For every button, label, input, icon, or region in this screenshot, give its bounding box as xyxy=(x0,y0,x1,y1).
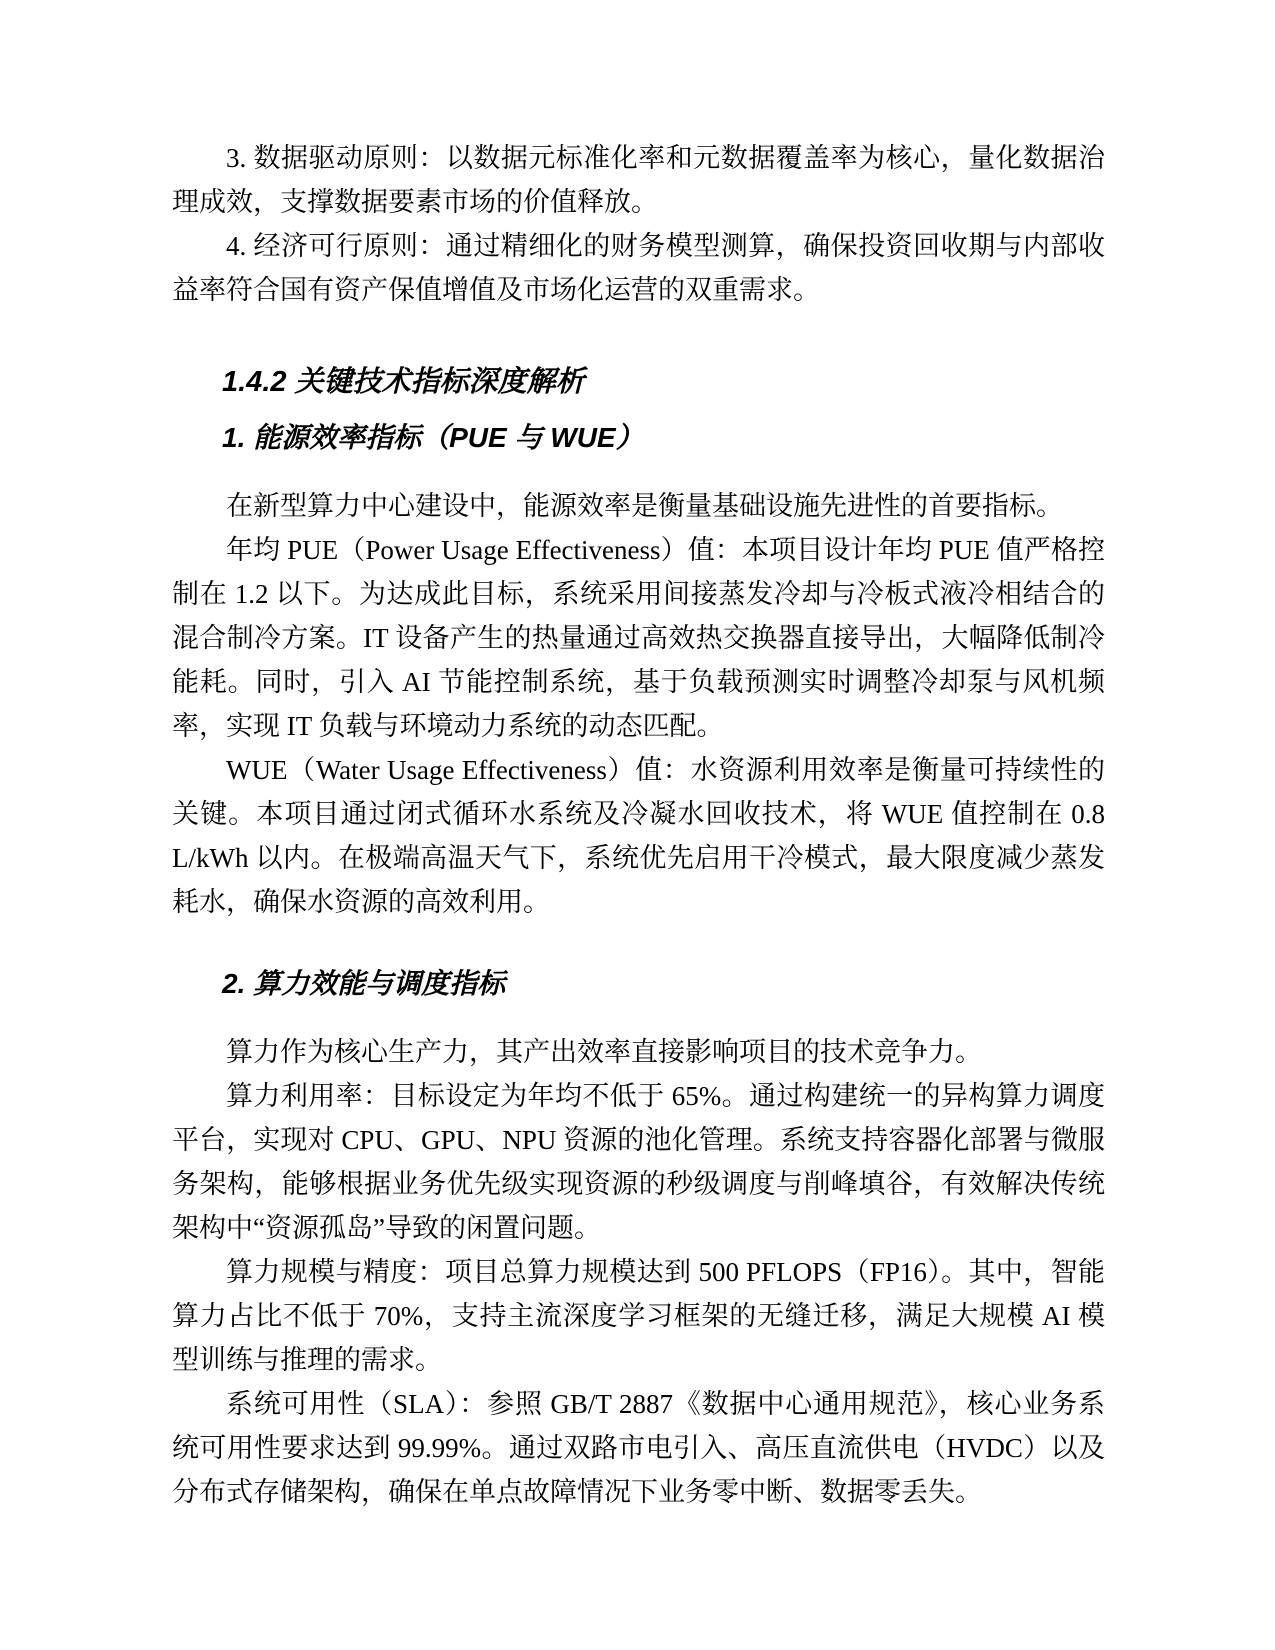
paragraph-sla: 系统可用性（SLA）：参照 GB/T 2887《数据中心通用规范》，核心业务系统… xyxy=(172,1382,1105,1514)
paragraph-principle-3: 3. 数据驱动原则：以数据元标准化率和元数据覆盖率为核心，量化数据治理成效，支撑… xyxy=(172,136,1105,224)
section-heading-1-4-2: 1.4.2 关键技术指标深度解析 xyxy=(172,362,1105,402)
paragraph-principle-4: 4. 经济可行原则：通过精细化的财务模型测算，确保投资回收期与内部收益率符合国有… xyxy=(172,224,1105,312)
paragraph-energy-intro: 在新型算力中心建设中，能源效率是衡量基础设施先进性的首要指标。 xyxy=(172,484,1105,528)
document-page: 3. 数据驱动原则：以数据元标准化率和元数据覆盖率为核心，量化数据治理成效，支撑… xyxy=(0,0,1275,1650)
paragraph-pue: 年均 PUE（Power Usage Effectiveness）值：本项目设计… xyxy=(172,528,1105,748)
paragraph-computing-scale: 算力规模与精度：项目总算力规模达到 500 PFLOPS（FP16）。其中，智能… xyxy=(172,1250,1105,1382)
paragraph-computing-intro: 算力作为核心生产力，其产出效率直接影响项目的技术竞争力。 xyxy=(172,1030,1105,1074)
subsection-heading-energy-efficiency: 1. 能源效率指标（PUE 与 WUE） xyxy=(172,418,1105,458)
paragraph-utilization-rate: 算力利用率：目标设定为年均不低于 65%。通过构建统一的异构算力调度平台，实现对… xyxy=(172,1074,1105,1250)
paragraph-wue: WUE（Water Usage Effectiveness）值：水资源利用效率是… xyxy=(172,748,1105,924)
page-content: 3. 数据驱动原则：以数据元标准化率和元数据覆盖率为核心，量化数据治理成效，支撑… xyxy=(172,136,1105,1514)
subsection-heading-computing-performance: 2. 算力效能与调度指标 xyxy=(172,964,1105,1004)
